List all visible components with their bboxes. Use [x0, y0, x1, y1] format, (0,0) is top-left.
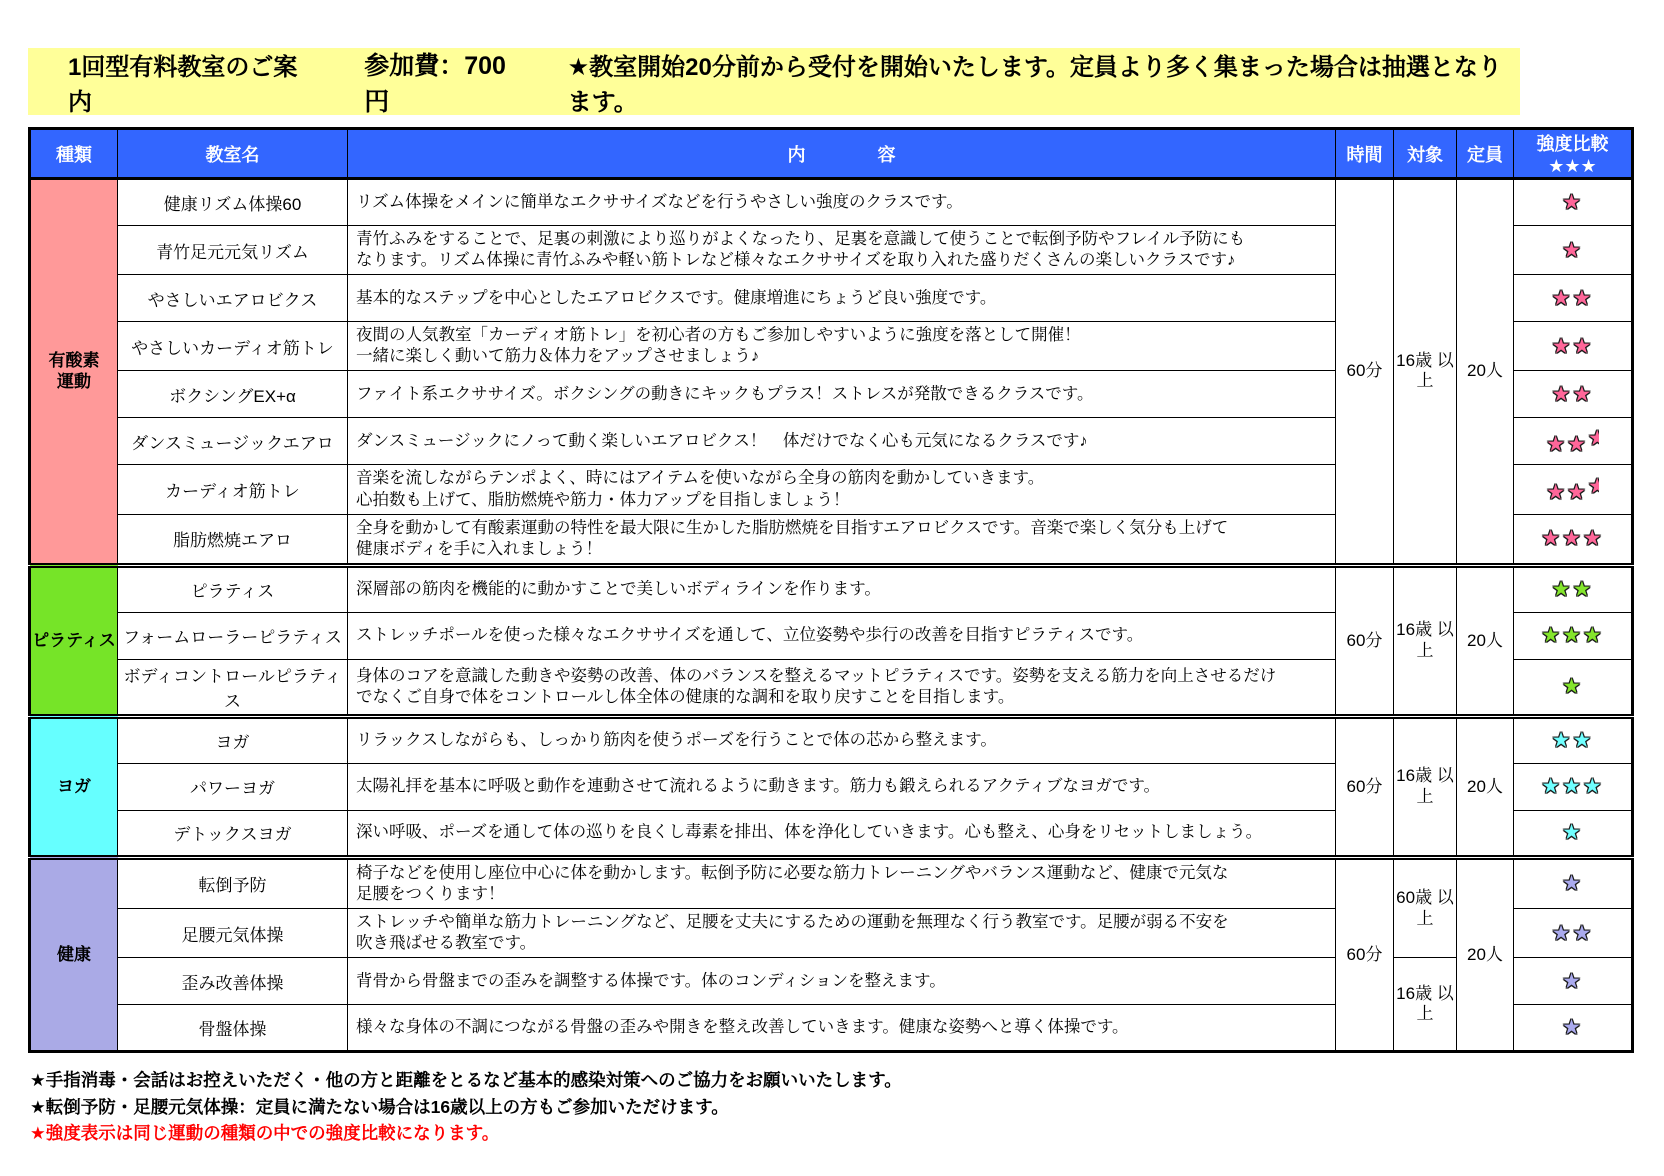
footnote: ★転倒予防・足腰元気体操：定員に満たない場合は16歳以上の方もご参加いただけます…	[30, 1094, 1634, 1120]
class-desc-cell: 全身を動かして有酸素運動の特性を最大限に生かした脂肪燃焼を目指すエアロビクスです…	[348, 514, 1336, 565]
time-cell: 60分	[1336, 565, 1394, 716]
half-star-icon: ★	[1588, 474, 1599, 499]
class-name-cell: ダンスミュージックエアロ	[118, 418, 348, 465]
star-icon: ★	[1562, 871, 1583, 896]
class-desc-cell: 夜間の人気教室「カーディオ筋トレ」を初心者の方もご参加しやすいように強度を落とし…	[348, 322, 1336, 371]
star-icon: ★	[1552, 286, 1573, 311]
intensity-stars: ★★★	[1514, 612, 1633, 659]
class-name-cell: ピラティス	[118, 565, 348, 612]
star-icon: ★	[1562, 238, 1583, 263]
capacity-cell: 20人	[1457, 716, 1514, 857]
class-desc-cell: 様々な身体の不調につながる骨盤の歪みや開きを整え改善していきます。健康な姿勢へと…	[348, 1005, 1336, 1052]
star-icon: ★	[1583, 623, 1604, 648]
capacity-cell: 20人	[1457, 857, 1514, 1051]
class-name-cell: 骨盤体操	[118, 1005, 348, 1052]
intensity-stars: ★	[1514, 1005, 1633, 1052]
intensity-stars: ★★	[1514, 909, 1633, 958]
class-desc-cell: 基本的なステップを中心としたエアロビクスです。健康増進にちょうど良い強度です。	[348, 275, 1336, 322]
star-icon: ★	[1541, 623, 1562, 648]
col-header-type: 種類	[30, 129, 118, 179]
class-desc-cell: 音楽を流しながらテンポよく、時にはアイテムを使いながら全身の筋肉を動かしていきま…	[348, 465, 1336, 514]
star-icon: ★	[1573, 382, 1594, 407]
star-icon: ★	[1573, 334, 1594, 359]
capacity-cell: 20人	[1457, 565, 1514, 716]
col-header-time: 時間	[1336, 129, 1394, 179]
intensity-stars: ★★	[1514, 371, 1633, 418]
table-row: 健康転倒予防椅子などを使用し座位中心に体を動かします。転倒予防に必要な筋力トレー…	[30, 857, 1633, 908]
class-name-cell: ボクシングEX+α	[118, 371, 348, 418]
class-desc-cell: 深い呼吸、ポーズを通して体の巡りを良くし毒素を排出、体を浄化していきます。心も整…	[348, 810, 1336, 857]
star-icon: ★	[1552, 577, 1573, 602]
col-header-intensity: 強度比較★★★	[1514, 129, 1633, 179]
capacity-cell: 20人	[1457, 179, 1514, 566]
star-icon: ★	[1562, 623, 1583, 648]
star-icon: ★	[1562, 774, 1583, 799]
class-desc-cell: ダンスミュージックにノって動く楽しいエアロビクス！ 体だけでなく心も元気になるク…	[348, 418, 1336, 465]
intensity-stars: ★	[1514, 857, 1633, 908]
intensity-stars: ★★★	[1514, 418, 1633, 465]
footnotes: ★手指消毒・会話はお控えいただく・他の方と距離をとるなど基本的感染対策へのご協力…	[30, 1067, 1634, 1146]
star-icon: ★	[1562, 190, 1583, 215]
class-name-cell: 青竹足元元気リズム	[118, 226, 348, 275]
time-cell: 60分	[1336, 857, 1394, 1051]
col-header-capacity: 定員	[1457, 129, 1514, 179]
intensity-stars: ★	[1514, 179, 1633, 226]
intensity-stars: ★★	[1514, 716, 1633, 763]
target-cell: 16歳 以上	[1394, 565, 1457, 716]
star-icon: ★	[1583, 526, 1604, 551]
table-row: ヨガヨガリラックスしながらも、しっかり筋肉を使うポーズを行うことで体の芯から整え…	[30, 716, 1633, 763]
time-cell: 60分	[1336, 179, 1394, 566]
intensity-stars: ★★	[1514, 322, 1633, 371]
class-name-cell: 転倒予防	[118, 857, 348, 908]
intensity-stars: ★	[1514, 958, 1633, 1005]
class-desc-cell: 椅子などを使用し座位中心に体を動かします。転倒予防に必要な筋力トレーニングやバラ…	[348, 857, 1336, 908]
class-name-cell: フォームローラーピラティス	[118, 612, 348, 659]
star-icon: ★	[1552, 382, 1573, 407]
class-schedule-table: 種類 教室名 内 容 時間 対象 定員 強度比較★★★ 有酸素 運動健康リズム体…	[28, 127, 1634, 1053]
col-header-content: 内 容	[348, 129, 1336, 179]
class-name-cell: ボディコントロールピラティス	[118, 659, 348, 716]
target-cell: 16歳 以上	[1394, 716, 1457, 857]
class-name-cell: デトックスヨガ	[118, 810, 348, 857]
banner-note: ★教室開始20分前から受付を開始いたします。定員より多く集まった場合は抽選となり…	[568, 47, 1504, 117]
title-banner: 1回型有料教室のご案内 参加費：700円 ★教室開始20分前から受付を開始いたし…	[28, 48, 1520, 115]
intensity-stars: ★★★	[1514, 763, 1633, 810]
star-icon: ★	[1562, 674, 1583, 699]
class-name-cell: やさしいエアロビクス	[118, 275, 348, 322]
star-icon: ★	[1573, 728, 1594, 753]
class-name-cell: 歪み改善体操	[118, 958, 348, 1005]
col-header-target: 対象	[1394, 129, 1457, 179]
star-icon: ★	[1573, 286, 1594, 311]
flyer-page: 1回型有料教室のご案内 参加費：700円 ★教室開始20分前から受付を開始いたし…	[0, 0, 1664, 1176]
star-icon: ★	[1541, 774, 1562, 799]
table-header-row: 種類 教室名 内 容 時間 対象 定員 強度比較★★★	[30, 129, 1633, 179]
class-name-cell: 脂肪燃焼エアロ	[118, 514, 348, 565]
table-row: 有酸素 運動健康リズム体操60リズム体操をメインに簡単なエクササイズなどを行うや…	[30, 179, 1633, 226]
star-icon: ★	[1552, 728, 1573, 753]
target-cell: 60歳 以上	[1394, 857, 1457, 957]
table-row: ピラティスピラティス深層部の筋肉を機能的に動かすことで美しいボディラインを作りま…	[30, 565, 1633, 612]
category-cell: ピラティス	[30, 565, 118, 716]
class-desc-cell: リラックスしながらも、しっかり筋肉を使うポーズを行うことで体の芯から整えます。	[348, 716, 1336, 763]
class-desc-cell: 青竹ふみをすることで、足裏の刺激により巡りがよくなったり、足裏を意識して使うこと…	[348, 226, 1336, 275]
intensity-stars: ★	[1514, 226, 1633, 275]
intensity-stars: ★	[1514, 810, 1633, 857]
intensity-stars: ★★★	[1514, 514, 1633, 565]
star-icon: ★	[1541, 526, 1562, 551]
class-name-cell: やさしいカーディオ筋トレ	[118, 322, 348, 371]
intensity-stars: ★★	[1514, 275, 1633, 322]
footnote: ★強度表示は同じ運動の種類の中での強度比較になります。	[30, 1120, 1634, 1146]
class-desc-cell: ファイト系エクササイズ。ボクシングの動きにキックもプラス！ストレスが発散できるク…	[348, 371, 1336, 418]
time-cell: 60分	[1336, 716, 1394, 857]
class-name-cell: 健康リズム体操60	[118, 179, 348, 226]
star-icon: ★	[1562, 526, 1583, 551]
class-desc-cell: 太陽礼拝を基本に呼吸と動作を連動させて流れるように動きます。筋力も鍛えられるアク…	[348, 763, 1336, 810]
target-cell: 16歳 以上	[1394, 958, 1457, 1052]
intensity-stars: ★★	[1514, 565, 1633, 612]
star-icon: ★	[1552, 334, 1573, 359]
target-cell: 16歳 以上	[1394, 179, 1457, 566]
star-icon: ★	[1573, 577, 1594, 602]
star-icon: ★	[1562, 1015, 1583, 1040]
class-desc-cell: リズム体操をメインに簡単なエクササイズなどを行うやさしい強度のクラスです。	[348, 179, 1336, 226]
category-cell: ヨガ	[30, 716, 118, 857]
class-desc-cell: ストレッチや簡単な筋力トレーニングなど、足腰を丈夫にするための運動を無理なく行う…	[348, 909, 1336, 958]
page-title: 1回型有料教室のご案内	[68, 47, 304, 117]
category-cell: 有酸素 運動	[30, 179, 118, 566]
star-icon: ★	[1567, 432, 1588, 457]
class-desc-cell: 身体のコアを意識した動きや姿勢の改善、体のバランスを整えるマットピラティスです。…	[348, 659, 1336, 716]
star-icon: ★	[1573, 921, 1594, 946]
intensity-stars: ★	[1514, 659, 1633, 716]
class-desc-cell: 深層部の筋肉を機能的に動かすことで美しいボディラインを作ります。	[348, 565, 1336, 612]
col-header-class-name: 教室名	[118, 129, 348, 179]
class-name-cell: ヨガ	[118, 716, 348, 763]
category-cell: 健康	[30, 857, 118, 1051]
star-icon: ★	[1552, 921, 1573, 946]
class-name-cell: 足腰元気体操	[118, 909, 348, 958]
star-icon: ★	[1562, 820, 1583, 845]
star-icon: ★	[1546, 432, 1567, 457]
half-star-icon: ★	[1588, 426, 1599, 451]
star-icon: ★	[1562, 969, 1583, 994]
class-desc-cell: ストレッチポールを使った様々なエクササイズを通して、立位姿勢や歩行の改善を目指す…	[348, 612, 1336, 659]
class-desc-cell: 背骨から骨盤までの歪みを調整する体操です。体のコンディションを整えます。	[348, 958, 1336, 1005]
star-icon: ★	[1546, 480, 1567, 505]
star-icon: ★	[1567, 480, 1588, 505]
class-name-cell: カーディオ筋トレ	[118, 465, 348, 514]
fee-label: 参加費：700円	[364, 46, 519, 118]
star-icon: ★	[1583, 774, 1604, 799]
intensity-stars: ★★★	[1514, 465, 1633, 514]
class-name-cell: パワーヨガ	[118, 763, 348, 810]
footnote: ★手指消毒・会話はお控えいただく・他の方と距離をとるなど基本的感染対策へのご協力…	[30, 1067, 1634, 1093]
